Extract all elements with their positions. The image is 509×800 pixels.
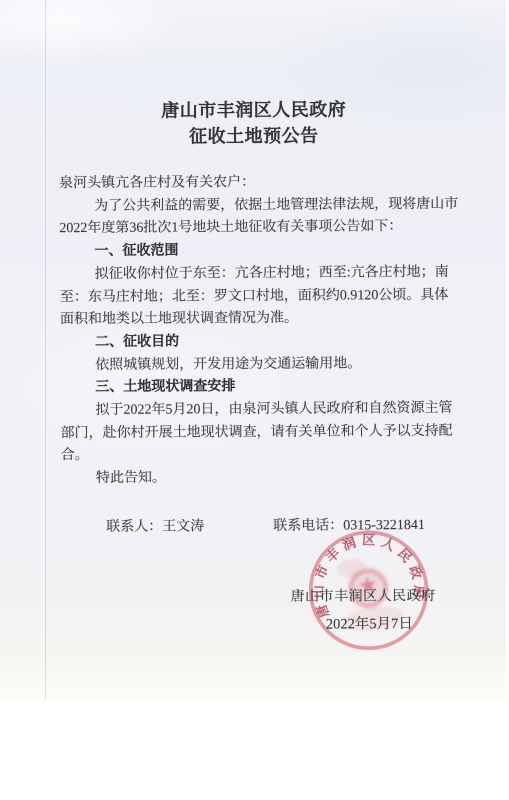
paragraph-line: 依照城镇规划，开发用途为交通运输用地。 bbox=[60, 352, 468, 377]
paragraph-line: 部门，赴你村开展土地现状调查，请有关单位和个人予以支持配 bbox=[61, 420, 469, 445]
title-line-1: 唐山市丰润区人民政府 bbox=[1, 95, 507, 124]
paragraph-line: 面积和地类以土地现状调查情况为准。 bbox=[60, 307, 468, 332]
paragraph-line: 拟于2022年5月20日，由泉河头镇人民政府和自然资源主管 bbox=[60, 398, 468, 423]
section-heading-3: 三、土地现状调查安排 bbox=[60, 375, 468, 400]
paragraph-line: 合。 bbox=[61, 443, 469, 468]
section-heading-1: 一、征收范围 bbox=[59, 239, 467, 264]
paragraph-line: 为了公共利益的需要，依据土地管理法律法规，现将唐山市 bbox=[59, 193, 467, 218]
document-content: 唐山市丰润区人民政府 征收土地预公告 泉河头镇亢各庄村及有关农户： 为了公共利益… bbox=[0, 0, 509, 705]
paragraph-line: 2022年度第36批次1号地块土地征收有关事项公告如下： bbox=[59, 216, 467, 241]
contact-line: 联系人：王文涛联系电话：0315-3221841 bbox=[106, 513, 509, 535]
paragraph-line: 拟征收你村位于东至：亢各庄村地；西至:亢各庄村地；南 bbox=[60, 262, 468, 287]
document-title: 唐山市丰润区人民政府 征收土地预公告 bbox=[1, 95, 507, 150]
signature-date: 2022年5月7日 bbox=[326, 612, 413, 634]
contact-person: 联系人：王文涛 bbox=[106, 519, 204, 535]
paragraph-line: 至：东马庄村地；北至：罗文口村地，面积约0.9120公顷。具体 bbox=[60, 284, 468, 309]
document-body: 泉河头镇亢各庄村及有关农户： 为了公共利益的需要，依据土地管理法律法规，现将唐山… bbox=[1, 170, 509, 491]
title-line-2: 征收土地预公告 bbox=[1, 121, 507, 150]
signature-issuer: 唐山市丰润区人民政府 bbox=[291, 585, 436, 606]
section-heading-2: 二、征收目的 bbox=[60, 330, 468, 355]
paper-background: 唐山市丰润区人民政府 征收土地预公告 泉河头镇亢各庄村及有关农户： 为了公共利益… bbox=[0, 0, 506, 703]
salutation-line: 泉河头镇亢各庄村及有关农户： bbox=[59, 171, 467, 196]
closing-line: 特此告知。 bbox=[61, 466, 469, 491]
scanned-document-page: 唐山市丰润区人民政府 征收土地预公告 泉河头镇亢各庄村及有关农户： 为了公共利益… bbox=[0, 0, 509, 800]
